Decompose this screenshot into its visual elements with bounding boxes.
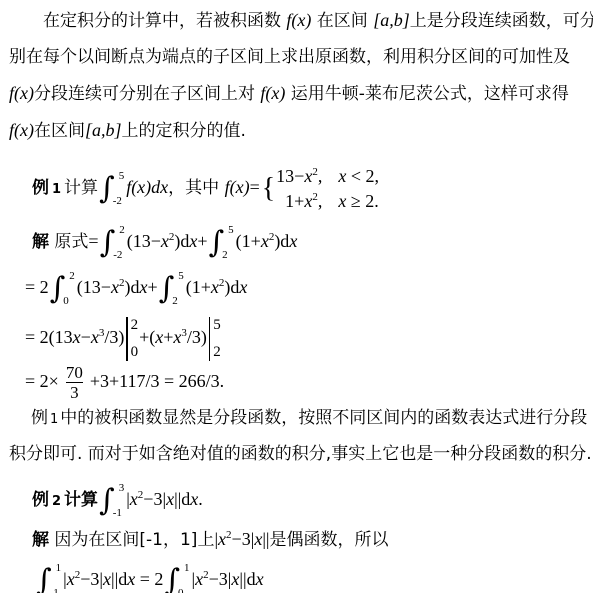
text-run: 例 (31, 408, 48, 428)
text-run: , (318, 191, 323, 211)
text-run: x (239, 277, 247, 297)
text-run: 中的被积函数显然是分段函数，按照不同区间内的函数表达式进行分段 (60, 408, 587, 428)
text-run: 因为在区间 (49, 530, 139, 550)
text-run: x (160, 177, 168, 197)
text-run: x (111, 277, 119, 297)
text-run: (13− (77, 277, 111, 297)
text-run: = 2× (25, 371, 59, 391)
case-expression: 13−x2, (276, 165, 322, 188)
text-run: ||d (111, 569, 127, 589)
text-run: x (289, 231, 297, 251)
integral-upper-limit: 2 (69, 271, 75, 282)
text-run: 解 (32, 232, 49, 252)
integral: ∫10 (164, 562, 189, 593)
text-run: x (195, 569, 203, 589)
integral-limits: 20 (65, 270, 75, 308)
text-run: x (130, 489, 138, 509)
integral: ∫52 (209, 224, 234, 262)
text-run: ≥ 2. (346, 191, 378, 211)
text-run: f(x) (260, 83, 285, 103)
evaluation-bar-limits: 52 (210, 317, 221, 361)
intro-line-3: f(x)分段连续可分别在子区间上对 f(x) 运用牛顿-莱布尼茨公式，这样可求得 (9, 75, 587, 112)
text-run: )d (274, 231, 289, 251)
text-run: f(x) (9, 120, 34, 140)
text-run: ||d (174, 489, 190, 509)
text-run: 上是分段连续函数，可分 (410, 11, 593, 31)
comment-line-1: 例1中的被积函数显然是分段函数，按照不同区间内的函数表达式进行分段 (9, 401, 587, 437)
integral: ∫3-1 (99, 482, 124, 520)
text-run: + (163, 327, 173, 347)
text-run: −3| (143, 489, 166, 509)
text-run: f(x) (225, 177, 250, 197)
text-run: = (250, 177, 260, 197)
integral-lower-limit: -2 (113, 196, 125, 207)
text-run: 计算 (64, 490, 98, 510)
intro-line-2: 别在每个以间断点为端点的子区间上求出原函数，利用积分区间的可加性及 (9, 39, 587, 75)
text-run: f(x) (286, 10, 311, 30)
comment-line-2: 积分即可. 而对于如含绝对值的函数的积分,事实上它也是一种分段函数的积分. (9, 437, 587, 471)
integral-upper-limit: 1 (56, 563, 62, 574)
integral-limits: 2-2 (115, 224, 125, 262)
text-run: −3| (209, 569, 232, 589)
evaluation-bar: 20 (126, 317, 138, 361)
integral-lower-limit: -1 (50, 588, 62, 593)
text-run: x (73, 327, 81, 347)
text-run: ||d (239, 569, 255, 589)
intro-line-4: f(x)在区间[a,b]上的定积分的值. (9, 112, 587, 149)
brace-icon: { (262, 175, 275, 203)
text-run: , (318, 166, 323, 186)
text-run: x (256, 569, 264, 589)
text-run: (13− (127, 231, 161, 251)
text-run: 13− (276, 166, 304, 186)
integral-limits: 1-1 (52, 562, 62, 593)
text-run: 1 (50, 412, 58, 427)
text-run: 上 (197, 530, 214, 550)
text-run: 2 (52, 494, 61, 509)
document-body: 在定积分的计算中，若被积函数 f(x) 在区间 [a,b]上是分段连续函数，可分… (0, 0, 593, 593)
text-run: /3) (104, 327, 124, 347)
case-condition: x < 2, (338, 165, 379, 188)
integral: ∫5-2 (99, 170, 124, 208)
evaluation-upper-limit: 5 (213, 318, 221, 333)
text-run: = 2(13 (25, 327, 73, 347)
solution2-step-1: ∫1-1|x2−3|x||dx = 2∫10|x2−3|x||dx (35, 555, 587, 593)
text-run: (1+ (186, 277, 211, 297)
integral-limits: 3-1 (115, 482, 125, 520)
text-run: x (211, 277, 219, 297)
text-run: 原式 (49, 232, 88, 252)
text-run: = 2 (135, 569, 163, 589)
solution2-intro: 解 因为在区间[-1，1]上|x2−3|x||是偶函数，所以 (32, 519, 587, 551)
text-run: +3+117/3 = 266/3. (90, 371, 224, 391)
integral: ∫20 (50, 270, 75, 308)
text-run: . (198, 489, 203, 509)
integral-lower-limit: -1 (113, 508, 125, 519)
fraction-denominator: 3 (66, 382, 83, 403)
text-run: x (161, 231, 169, 251)
example1-heading: 例1计算∫5-2f(x)dx，其中 f(x)={13−x2,x < 2,1+x2… (32, 161, 587, 213)
text-run: 计算 (64, 178, 98, 198)
piecewise-cases: {13−x2,x < 2,1+x2,x ≥ 2. (262, 165, 379, 213)
evaluation-lower-limit: 2 (213, 345, 221, 360)
integral-limits: 52 (174, 270, 184, 308)
integral: ∫52 (159, 270, 184, 308)
evaluation-upper-limit: 2 (131, 318, 139, 333)
text-run: x (166, 489, 174, 509)
text-run: (1+ (236, 231, 261, 251)
integral-limits: 10 (180, 562, 190, 593)
text-run: x (67, 569, 75, 589)
integral-lower-limit: 2 (222, 250, 234, 261)
text-run: 1 (52, 182, 61, 197)
text-run: x (218, 529, 226, 549)
text-run: = (88, 231, 98, 251)
text-run: [a,b] (85, 120, 122, 140)
text-run: [a,b] (373, 10, 410, 30)
text-run: = 2 (25, 277, 49, 297)
text-run: 例 (32, 490, 49, 510)
text-run: 运用牛顿-莱布尼茨公式，这样可求得 (285, 84, 569, 104)
text-run: f(x)d (126, 177, 160, 197)
evaluation-lower-limit: 0 (131, 345, 139, 360)
text-run: −3| (80, 569, 103, 589)
text-run: < 2, (346, 166, 379, 186)
intro-line-1: 在定积分的计算中，若被积函数 f(x) 在区间 [a,b]上是分段连续函数，可分 (9, 2, 587, 39)
solution1-step-2: = 2∫20(13−x2)dx+∫52(1+x2)dx (25, 263, 587, 303)
text-run: 积分即可. 而对于如含绝对值的函数的积分,事实上它也是一种分段函数的积分. (9, 444, 592, 464)
fraction-numerator: 70 (62, 363, 87, 383)
text-run: )d (224, 277, 239, 297)
integral: ∫2-2 (100, 224, 125, 262)
integral-upper-limit: 1 (184, 563, 190, 574)
text-run: 1+ (285, 191, 304, 211)
text-run: f(x) (9, 83, 34, 103)
integral-upper-limit: 5 (178, 271, 184, 282)
integral-lower-limit: -2 (113, 250, 125, 261)
text-run: || (262, 529, 269, 549)
text-run: )d (124, 277, 139, 297)
text-run: /3) (187, 327, 207, 347)
text-run: + (147, 277, 157, 297)
text-run: [-1，1] (139, 530, 197, 550)
text-run: x (261, 231, 269, 251)
integral: ∫1-1 (36, 562, 61, 593)
text-run: )d (174, 231, 189, 251)
text-run: 分段连续可分别在子区间上对 (34, 84, 260, 104)
text-run: 在区间 (311, 11, 373, 31)
text-run: 在定积分的计算中，若被积函数 (43, 11, 286, 31)
integral-lower-limit: 2 (172, 296, 184, 307)
integral-limits: 5-2 (115, 170, 125, 208)
example2-heading: 例2计算∫3-1|x2−3|x||dx. (32, 475, 587, 515)
case-expression: 1+x2, (285, 190, 322, 213)
text-run: −3| (232, 529, 255, 549)
text-run: 解 (32, 530, 49, 550)
text-run: 上的定积分的值. (122, 121, 246, 141)
fraction: 703 (62, 363, 87, 403)
evaluation-bar: 52 (209, 317, 221, 361)
text-run: +( (139, 327, 155, 347)
text-run: x (91, 327, 99, 347)
solution1-step-3: = 2(13x−x3/3)20+(x+x3/3)52 (25, 309, 587, 357)
integral-upper-limit: 5 (228, 225, 234, 236)
integral-upper-limit: 2 (119, 225, 125, 236)
solution1-step-1: 解 原式=∫2-2(13−x2)dx+∫52(1+x2)dx (32, 217, 587, 257)
evaluation-bar-limits: 20 (128, 317, 139, 361)
solution1-result: = 2×703+3+117/3 = 266/3. (25, 361, 587, 401)
integral-lower-limit: 0 (178, 588, 190, 593)
integral-lower-limit: 0 (63, 296, 75, 307)
cases-rows: 13−x2,x < 2,1+x2,x ≥ 2. (276, 165, 379, 213)
text-run: + (197, 231, 207, 251)
integral-limits: 52 (224, 224, 234, 262)
text-run: 是偶函数，所以 (270, 530, 389, 550)
case-condition: x ≥ 2. (338, 190, 378, 213)
integral-upper-limit: 3 (119, 483, 125, 494)
text-run: 在区间 (34, 121, 85, 141)
text-run: − (81, 327, 91, 347)
integral-upper-limit: 5 (119, 171, 125, 182)
text-run: ，其中 (168, 178, 224, 198)
text-run: 例 (32, 178, 49, 198)
text-run: 别在每个以间断点为端点的子区间上求出原函数，利用积分区间的可加性及 (9, 47, 570, 67)
text-run: x (103, 569, 111, 589)
